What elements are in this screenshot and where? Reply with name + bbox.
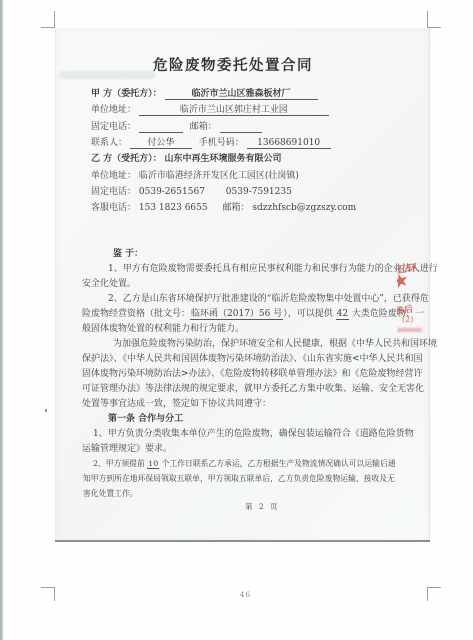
recital-line: 保护法》、《中华人民共和国固体废物污染环境防治法》、《山东省实施<中华人民共和国: [82, 353, 423, 365]
party-b-phone-label: 固定电话：: [91, 187, 136, 197]
recital-line: 般固体废物处置的权利能力和行为能力。: [82, 323, 244, 335]
party-a-email-label: 邮箱：: [190, 122, 217, 132]
recital-line: 2、乙方是山东省环境保护厅批准建设的“临沂危险废物集中处置中心”，已获得危: [108, 293, 429, 305]
red-seal-fragment: 五环 ★ 传后 (2): [397, 261, 429, 339]
party-b-address-row: 单位地址： 临沂市临港经济开发区化工园区(壮岗镇): [91, 170, 299, 182]
party-a-phone-blank: [139, 121, 183, 133]
document-page: 危险废物委托处置合同 甲 方（委托方）： 临沂市兰山区雅森板材厂 单位地址： 临…: [0, 0, 473, 640]
party-b-address: 临沂市临港经济开发区化工园区(壮岗镇): [139, 171, 299, 181]
party-a-mobile-label: 手机号码：: [199, 138, 244, 148]
scan-bottom-edge-shadow: [55, 540, 430, 542]
scan-page-footer: 第 2 页: [245, 501, 280, 512]
party-a-contact-row: 联系人： 付公华 手机号码： 13668691010: [91, 137, 331, 149]
contract-title: 危险废物委托处置合同: [153, 54, 313, 75]
party-b-service-phone: 153 1823 6655: [139, 203, 208, 213]
party-b-email-label: 邮箱：: [222, 203, 249, 213]
party-a-phone-label: 固定电话：: [91, 122, 136, 132]
seal-text-fragment: (2): [402, 315, 413, 324]
bleed-through-artifact: [59, 71, 155, 79]
party-b-phone-row: 固定电话： 0539-2651567 0539-7591235: [91, 186, 292, 198]
article1-line: 1、甲方负责分类收集本单位产生的危险废物，确保包装运输符合《道路危险货物: [93, 428, 414, 440]
crop-mark-bottom-left: [41, 587, 55, 601]
party-b-label: 乙 方（受托方）：: [91, 154, 162, 164]
party-b-email: sdzzhfscb@zgzszy.com: [252, 203, 356, 213]
article1-line: 害化处置工作。: [83, 488, 138, 500]
crop-mark-top-left: [41, 11, 55, 28]
party-b-name: 山东中再生环境服务有限公司: [165, 154, 282, 164]
recital-line: 为加强危险废物污染防治，保护环境安全和人民健康，根据《中华人民共和国环境: [113, 338, 437, 350]
party-a-contact-name: 付公华: [130, 137, 192, 149]
scanned-contract-page: 危险废物委托处置合同 甲 方（委托方）： 临沂市兰山区雅森板材厂 单位地址： 临…: [55, 28, 430, 542]
party-a-row: 甲 方（委托方）： 临沂市兰山区雅森板材厂: [91, 88, 318, 100]
recital-line: 1、甲方有危险废物需要委托具有相应民事权利能力和民事行为能力的企业法人进行: [108, 263, 438, 275]
article1-line: 运输管理规定》要求。: [82, 443, 172, 455]
party-a-email-blank: [220, 121, 262, 133]
party-a-name: 临沂市兰山区雅森板材厂: [165, 88, 318, 100]
party-b-address-label: 单位地址：: [91, 171, 136, 181]
party-a-mobile: 13668691010: [247, 137, 331, 149]
party-b-row: 乙 方（受托方）： 山东中再生环境服务有限公司: [91, 153, 282, 165]
article1-line: 知甲方到所在地环保局领取五联单，甲方领取五联单后，乙方负责危险废物运输、接收及无: [83, 473, 395, 485]
recital-line: 处置等事宜达成一致，签定如下协议共同遵守：: [82, 398, 271, 410]
recital-line: 安全化处置。: [82, 278, 136, 290]
crop-mark-top-right: [427, 11, 441, 28]
party-a-phone-row: 固定电话： 邮箱：: [91, 121, 262, 133]
recitals-heading: 鉴 于：: [113, 248, 143, 260]
scan-speck: [45, 409, 47, 412]
article1-heading: 第一条 合作与分工: [108, 413, 183, 425]
party-b-service-row: 客服电话： 153 1823 6655 邮箱： sdzzhfscb@zgzszy…: [91, 202, 356, 214]
seal-smudge: [397, 328, 422, 332]
party-b-phone2: 0539-7591235: [226, 187, 292, 197]
party-a-contact-label: 联系人：: [91, 138, 127, 148]
party-a-label: 甲 方（委托方）：: [91, 89, 162, 99]
recital-line: 可证管理办法》等法律法规的规定要求，就甲方委托乙方集中收集、运输、安全无害化: [82, 383, 424, 395]
party-a-address-row: 单位地址： 临沂市兰山区郭庄村工业园: [91, 104, 329, 116]
party-b-service-label: 客服电话：: [91, 203, 136, 213]
party-b-phone1: 0539-2651567: [139, 187, 205, 197]
crop-mark-bottom-right: [427, 587, 441, 601]
recital-line: 险废物经营资格（批文号：临环函（2017）56 号），可以提供 42 大类危险废…: [82, 308, 424, 320]
article1-line: 2、甲方须提前 10 个工作日联系乙方承运，乙方根据生产及物流情况确认可以运输后…: [93, 458, 396, 470]
scanner-edge-strip: [0, 0, 3, 640]
party-a-address-label: 单位地址：: [91, 105, 136, 115]
recital-line: 固体废物污染环境防治法>办法》、《危险废物转移联单管理办法》和《危险废物经营许: [82, 368, 423, 380]
party-a-address: 临沂市兰山区郭庄村工业园: [139, 104, 329, 116]
outer-page-number: 46: [240, 591, 251, 599]
